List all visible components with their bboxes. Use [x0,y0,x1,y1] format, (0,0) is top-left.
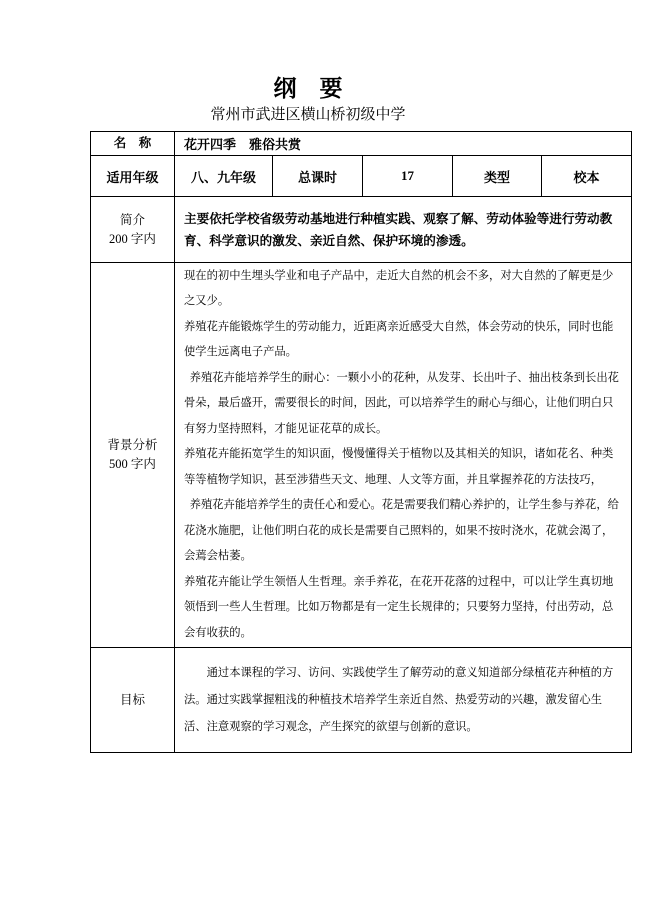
outline-table: 名 称 花开四季 雅俗共赏 适用年级 八、九年级 总课时 17 类型 校本 简介… [90,131,632,753]
total-hours-value: 17 [363,156,453,197]
goal-content: 通过本课程的学习、访问、实践使学生了解劳动的意义知道部分绿植花卉种植的方法。通过… [175,648,632,753]
course-name-label: 名 称 [91,132,175,156]
row-grade-info: 适用年级 八、九年级 总课时 17 类型 校本 [91,156,632,197]
intro-label: 简介 200 字内 [91,197,175,263]
background-label: 背景分析 500 字内 [91,263,175,648]
background-paragraph: 养殖花卉能拓宽学生的知识面，慢慢懂得关于植物以及其相关的知识，诸如花名、种类等等… [184,442,622,493]
background-label-line2: 500 字内 [92,455,173,474]
total-hours-label: 总课时 [273,156,363,197]
row-intro: 简介 200 字内 主要依托学校省级劳动基地进行种植实践、观察了解、劳动体验等进… [91,197,632,263]
intro-label-line2: 200 字内 [92,230,173,249]
background-paragraph: 现在的初中生埋头学业和电子产品中，走近大自然的机会不多，对大自然的了解更是少之又… [184,264,622,315]
row-course-name: 名 称 花开四季 雅俗共赏 [91,132,632,156]
row-goal: 目标 通过本课程的学习、访问、实践使学生了解劳动的意义知道部分绿植花卉种植的方法… [91,648,632,753]
intro-content: 主要依托学校省级劳动基地进行种植实践、观察了解、劳动体验等进行劳动教育、科学意识… [175,197,632,263]
course-type-value: 校本 [542,156,632,197]
background-paragraph: 养殖花卉能培养学生的耐心：一颗小小的花种，从发芽、长出叶子、抽出枝条到长出花骨朵… [184,366,622,443]
document-title: 纲 要 [0,0,616,102]
background-paragraph: 养殖花卉能培养学生的责任心和爱心。花是需要我们精心养护的，让学生参与养花，给花浇… [184,493,622,570]
background-paragraph: 养殖花卉能锻炼学生的劳动能力，近距离亲近感受大自然，体会劳动的快乐，同时也能使学… [184,315,622,366]
row-background-analysis: 背景分析 500 字内 现在的初中生埋头学业和电子产品中，走近大自然的机会不多，… [91,263,632,648]
grade-label: 适用年级 [91,156,175,197]
intro-label-line1: 简介 [92,211,173,230]
background-label-line1: 背景分析 [92,436,173,455]
background-paragraph: 养殖花卉能让学生领悟人生哲理。亲手养花，在花开花落的过程中，可以让学生真切地领悟… [184,570,622,647]
document-page: 纲 要 常州市武进区横山桥初级中学 名 称 花开四季 雅俗共赏 适用年级 八、九… [0,0,650,919]
course-name-value: 花开四季 雅俗共赏 [175,132,632,156]
goal-label: 目标 [91,648,175,753]
course-type-label: 类型 [453,156,542,197]
background-content: 现在的初中生埋头学业和电子产品中，走近大自然的机会不多，对大自然的了解更是少之又… [175,263,632,648]
school-name: 常州市武进区横山桥初级中学 [0,106,616,124]
grade-value: 八、九年级 [175,156,273,197]
